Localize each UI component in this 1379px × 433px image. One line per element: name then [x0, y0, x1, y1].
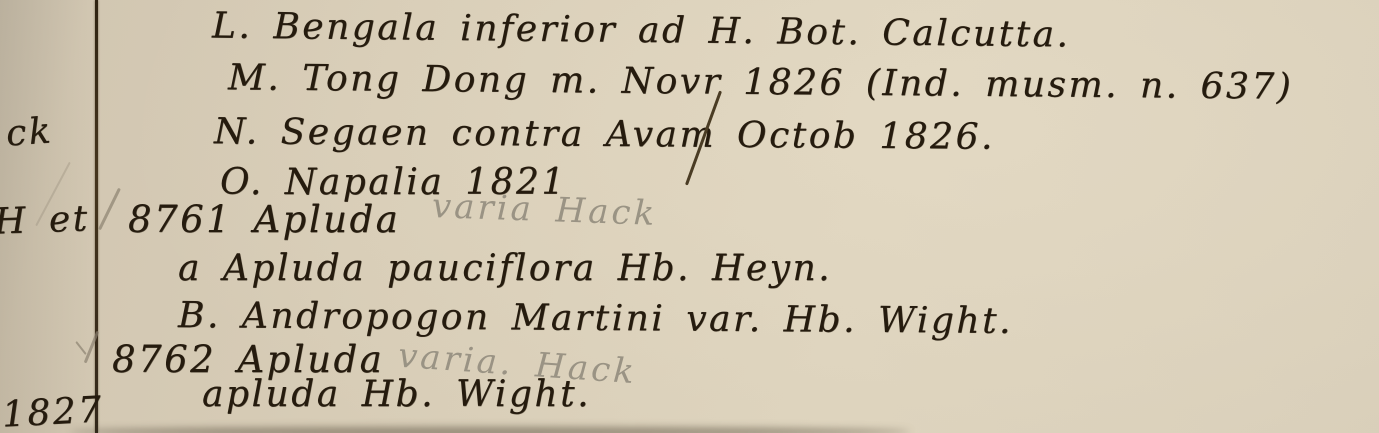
- scan-edge-shadow: [70, 427, 910, 433]
- manuscript-line: N. Segaen contra Avam Octob 1826.: [214, 111, 995, 157]
- checkmark-stroke: [98, 188, 121, 231]
- manuscript-line: 8761 Apluda: [128, 198, 400, 241]
- manuscript-line: L. Bengala inferior ad H. Bot. Calcutta.: [212, 6, 1071, 56]
- manuscript-line: B. Andropogon Martini var. Hb. Wight.: [178, 295, 1013, 342]
- margin-rule-line: [95, 0, 98, 433]
- margin-note: ck: [5, 110, 55, 154]
- manuscript-line: a Apluda pauciflora Hb. Heyn.: [178, 248, 832, 289]
- pencil-annotation: varia Hack: [431, 186, 658, 234]
- manuscript-line: apluda Hb. Wight.: [202, 374, 591, 415]
- manuscript-line: M. Tong Dong m. Novr 1826 (Ind. musm. n.…: [228, 57, 1294, 107]
- manuscript-page: ck H et 1827 L. Bengala inferior ad H. B…: [0, 0, 1379, 433]
- margin-note: 1827: [1, 389, 105, 433]
